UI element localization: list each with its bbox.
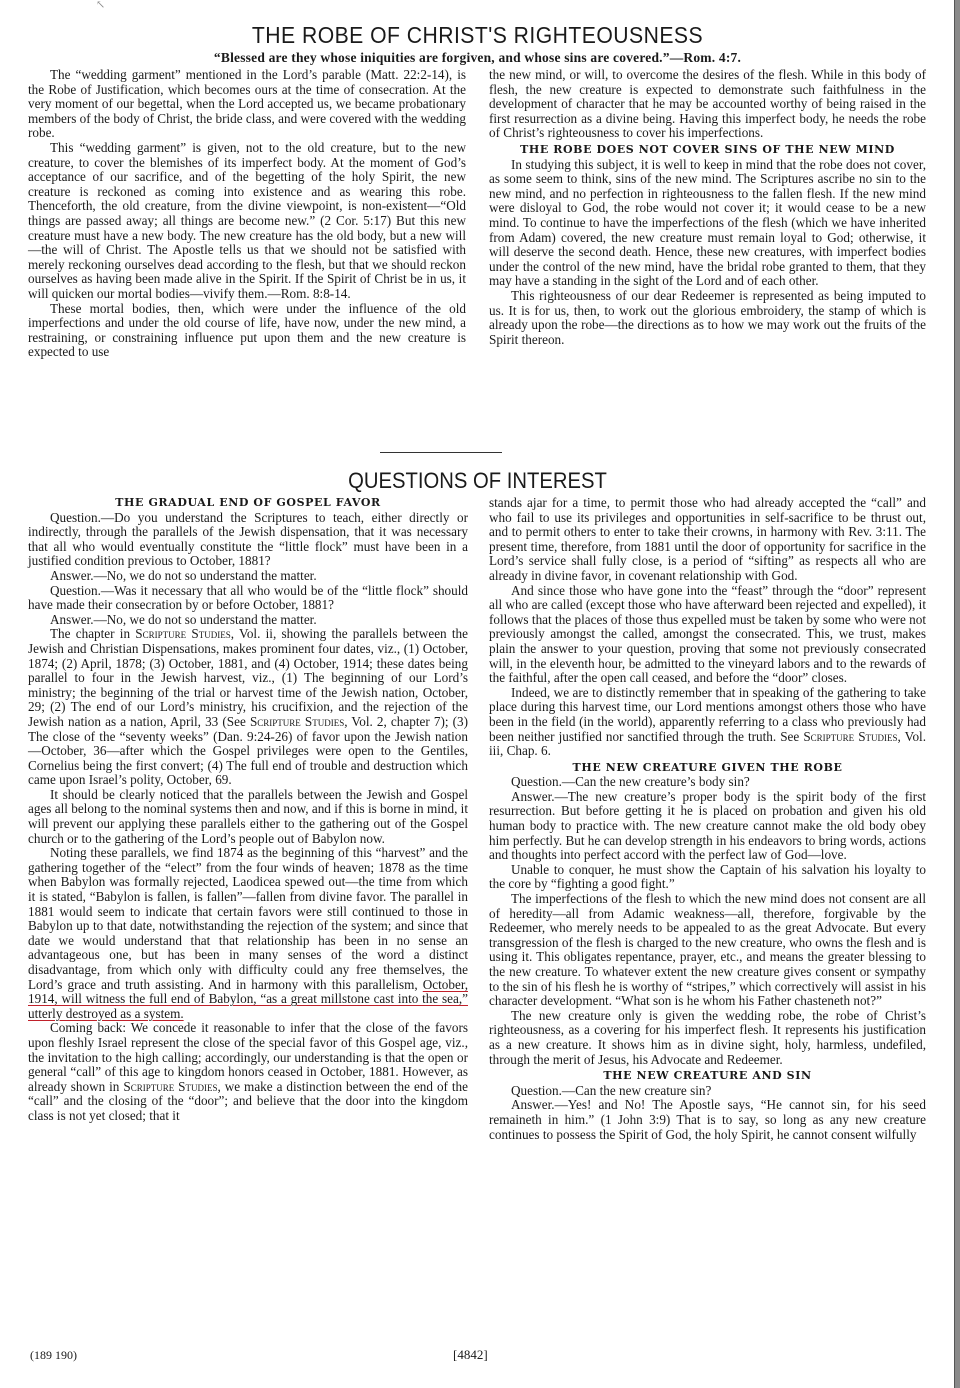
article1-column-right: the new mind, or will, to overcome the d… — [489, 68, 926, 347]
paragraph: the new mind, or will, to overcome the d… — [489, 68, 926, 141]
question: Question.—Was it necessary that all who … — [28, 584, 468, 613]
mouse-cursor-icon: ↖ — [96, 0, 106, 12]
section-divider — [380, 452, 502, 453]
paragraph: Unable to conquer, he must show the Capt… — [489, 863, 926, 892]
paragraph: The chapter in Scripture Studies, Vol. i… — [28, 627, 468, 788]
book-title: Scripture Studies — [803, 729, 897, 744]
book-title: Scripture Studies — [123, 1079, 217, 1094]
page-reference: (189 190) — [30, 1348, 77, 1363]
window-edge-border — [954, 0, 960, 1388]
section-heading: THE NEW CREATURE GIVEN THE ROBE — [489, 761, 926, 776]
paragraph: Indeed, we are to distinctly remember th… — [489, 686, 926, 759]
question: Question.—Can the new creature’s body si… — [489, 775, 926, 790]
article-title-questions: QUESTIONS OF INTEREST — [38, 468, 917, 494]
paragraph: The “wedding garment” mentioned in the L… — [28, 68, 466, 141]
paragraph: These mortal bodies, then, which were un… — [28, 302, 466, 360]
article-epigraph: “Blessed are they whose iniquities are f… — [0, 50, 955, 66]
question: Question.—Can the new creature sin? — [489, 1084, 926, 1099]
paragraph: Coming back: We concede it reasonable to… — [28, 1021, 468, 1123]
book-title: Scripture Studies — [250, 714, 344, 729]
section-heading: THE NEW CREATURE AND SIN — [489, 1069, 926, 1084]
paragraph: This “wedding garment” is given, not to … — [28, 141, 466, 302]
article1-column-left: The “wedding garment” mentioned in the L… — [28, 68, 466, 360]
paragraph: And since those who have gone into the “… — [489, 584, 926, 686]
paragraph: Noting these parallels, we find 1874 as … — [28, 846, 468, 1021]
paragraph: This righteousness of our dear Redeemer … — [489, 289, 926, 347]
answer: Answer.—No, we do not so understand the … — [28, 613, 468, 628]
answer: Answer.—No, we do not so understand the … — [28, 569, 468, 584]
paragraph: The new creature only is given the weddi… — [489, 1009, 926, 1067]
paragraph: It should be clearly noticed that the pa… — [28, 788, 468, 846]
answer: Answer.—The new creature’s proper body i… — [489, 790, 926, 863]
article-title-robe: THE ROBE OF CHRIST'S RIGHTEOUSNESS — [38, 22, 917, 49]
article2-column-left: THE GRADUAL END OF GOSPEL FAVOR Question… — [28, 496, 468, 1124]
question: Question.—Do you understand the Scriptur… — [28, 511, 468, 569]
section-heading: THE GRADUAL END OF GOSPEL FAVOR — [28, 496, 468, 511]
paragraph: In studying this subject, it is well to … — [489, 158, 926, 289]
book-title: Scripture Studies — [135, 626, 230, 641]
section-heading: THE ROBE DOES NOT COVER SINS OF THE NEW … — [489, 143, 926, 158]
paragraph: The imperfections of the flesh to which … — [489, 892, 926, 1009]
article2-column-right: stands ajar for a time, to permit those … — [489, 496, 926, 1142]
paragraph: stands ajar for a time, to permit those … — [489, 496, 926, 584]
page-number: [4842] — [453, 1347, 488, 1363]
answer: Answer.—Yes! and No! The Apostle says, “… — [489, 1098, 926, 1142]
